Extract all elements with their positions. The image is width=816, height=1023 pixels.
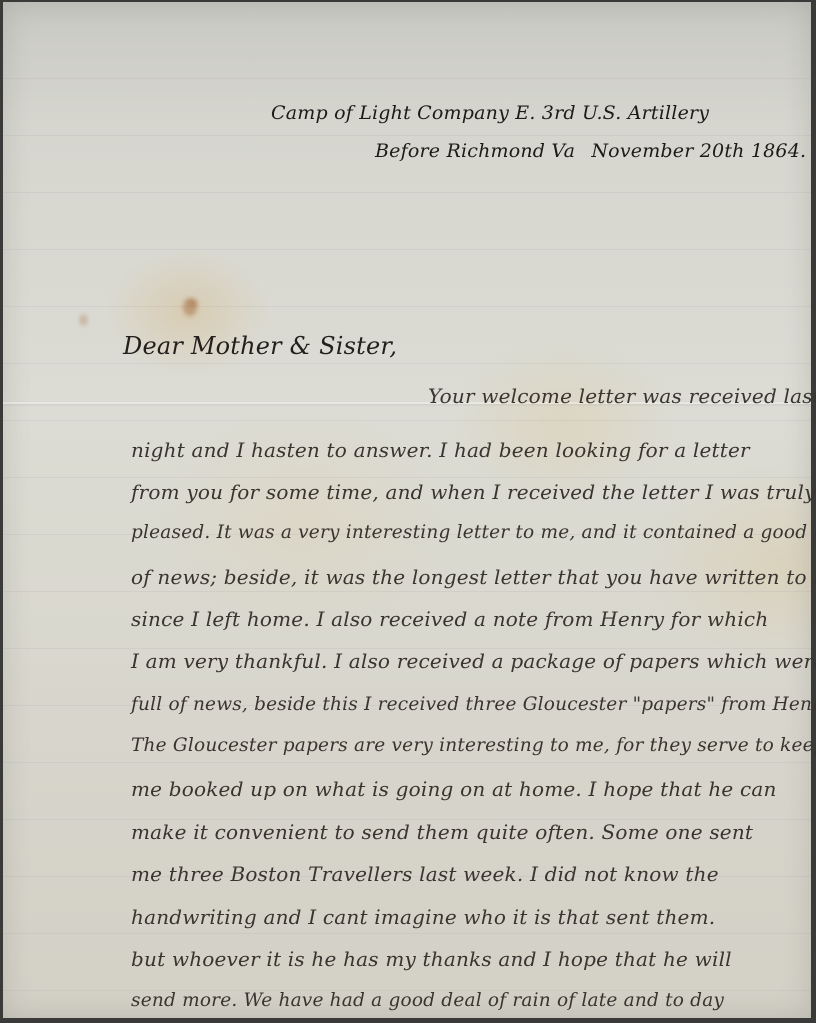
- body-line: send more. We have had a good deal of ra…: [131, 990, 724, 1011]
- letter-page: Camp of Light Company E. 3rd U.S. Artill…: [3, 2, 811, 1018]
- body-line: pleased. It was a very interesting lette…: [131, 522, 816, 543]
- header-line-2: Before Richmond Va November 20th 1864.: [375, 140, 806, 162]
- body-line: me booked up on what is going on at home…: [131, 777, 777, 801]
- body-line: handwriting and I cant imagine who it is…: [131, 905, 715, 929]
- body-line: make it convenient to send them quite of…: [131, 820, 753, 844]
- stain-spot: [188, 299, 198, 307]
- body-line: from you for some time, and when I recei…: [131, 480, 816, 504]
- body-line: The Gloucester papers are very interesti…: [131, 735, 816, 756]
- body-line: but whoever it is he has my thanks and I…: [131, 947, 732, 971]
- body-line: since I left home. I also received a not…: [131, 607, 768, 631]
- salutation: Dear Mother & Sister,: [123, 332, 397, 360]
- body-line: of news; beside, it was the longest lett…: [131, 565, 816, 589]
- header-place: Before Richmond Va: [375, 140, 575, 162]
- header-date: November 20th 1864.: [591, 140, 806, 162]
- body-line: full of news, beside this I received thr…: [131, 694, 816, 715]
- body-line: night and I hasten to answer. I had been…: [131, 438, 750, 462]
- body-line: me three Boston Travellers last week. I …: [131, 862, 719, 886]
- body-line: Your welcome letter was received last: [428, 384, 816, 408]
- header-line-1: Camp of Light Company E. 3rd U.S. Artill…: [271, 102, 709, 124]
- body-line: I am very thankful. I also received a pa…: [131, 649, 816, 673]
- stain-spot: [79, 314, 88, 326]
